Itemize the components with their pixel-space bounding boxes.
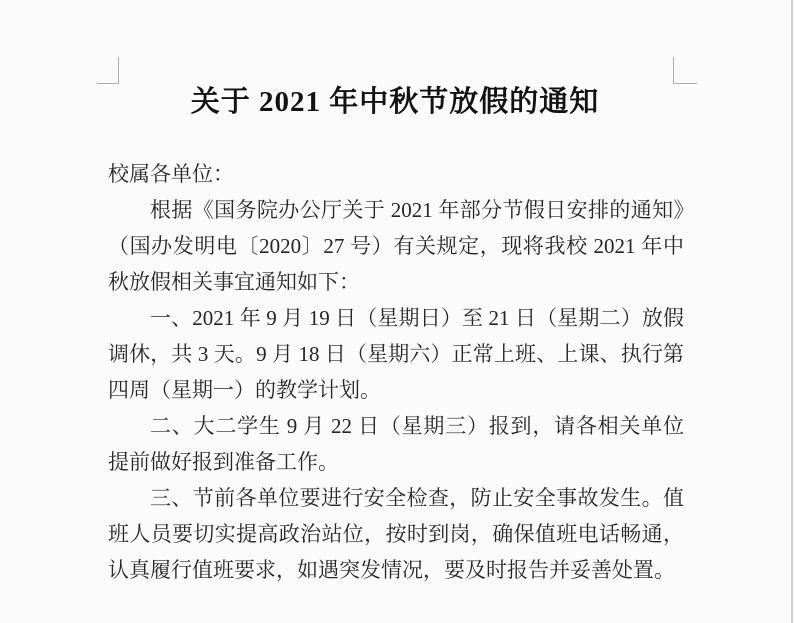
salutation-line: 校属各单位： — [108, 156, 684, 192]
paragraph-item-2: 二、大二学生 9 月 22 日（星期三）报到，请各相关单位提前做好报到准备工作。 — [108, 408, 684, 480]
paragraph-intro: 根据《国务院办公厅关于 2021 年部分节假日安排的通知》（国办发明电〔2020… — [108, 192, 684, 300]
paragraph-item-3: 三、节前各单位要进行安全检查，防止安全事故发生。值班人员要切实提高政治站位，按时… — [108, 480, 684, 588]
document-page: 关于 2021 年中秋节放假的通知 校属各单位： 根据《国务院办公厅关于 202… — [0, 0, 795, 623]
paragraph-item-1: 一、2021 年 9 月 19 日（星期日）至 21 日（星期二）放假调休，共 … — [108, 300, 684, 408]
notice-body: 校属各单位： 根据《国务院办公厅关于 2021 年部分节假日安排的通知》（国办发… — [108, 156, 684, 588]
page-edge-line — [791, 0, 793, 623]
document-title: 关于 2021 年中秋节放假的通知 — [0, 79, 790, 120]
